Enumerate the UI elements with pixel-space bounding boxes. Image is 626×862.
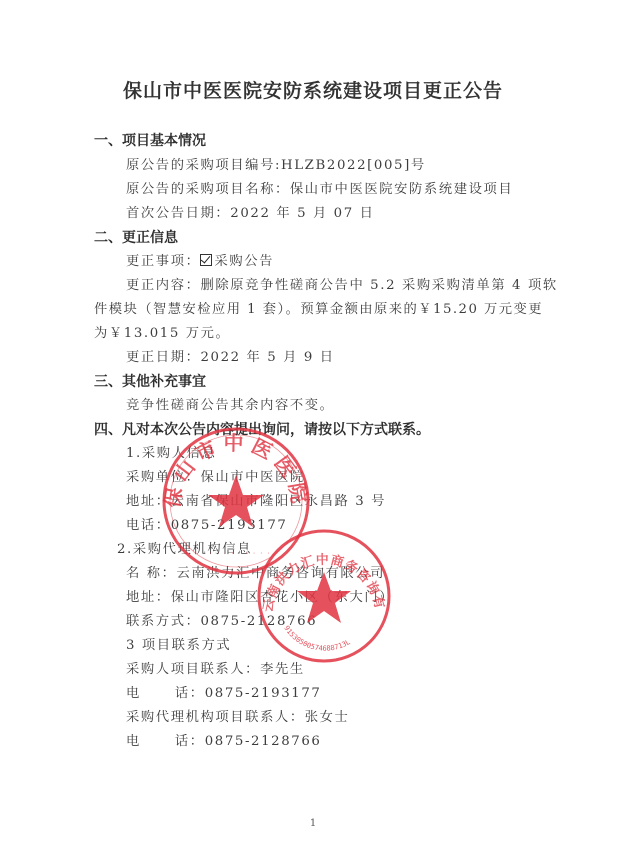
- section-heading-basic-info: 一、项目基本情况: [94, 132, 206, 150]
- purchaser-info-title: 1.采购人信息: [126, 445, 216, 463]
- page-number: 1: [0, 818, 626, 829]
- agency-contact: 联系方式：0875-2128766: [126, 613, 317, 631]
- phone-value: 话：0875-2128766: [175, 734, 322, 749]
- agency-address: 地址：保山市隆阳区杏花小区（东大门）: [126, 589, 394, 607]
- correction-date: 更正日期：2022 年 5 月 9 日: [126, 349, 335, 367]
- project-name: 原公告的采购项目名称：保山市中医医院安防系统建设项目: [126, 181, 513, 199]
- checked-box-icon: [200, 254, 212, 266]
- correction-item-label: 更正事项：: [126, 254, 200, 269]
- purchaser-contact-person: 采购人项目联系人：李先生: [126, 661, 305, 679]
- correction-content-line-3: 为￥13.015 万元。: [94, 325, 230, 343]
- section-heading-correction: 二、更正信息: [94, 229, 178, 247]
- document-title: 保山市中医医院安防系统建设项目更正公告: [0, 76, 626, 103]
- purchaser-unit: 采购单位：保山市中医医院: [126, 469, 305, 487]
- purchaser-address: 地址：云南省保山市隆阳区永昌路 3 号: [126, 493, 386, 511]
- agency-contact-phone: 电话：0875-2128766: [126, 733, 321, 751]
- correction-item-value: 采购公告: [214, 254, 274, 269]
- correction-content-line-2: 件模块（智慧安检应用 1 套）。预算金额由原来的￥15.20 万元变更: [94, 301, 543, 319]
- agency-contact-person: 采购代理机构项目联系人：张女士: [126, 709, 349, 727]
- purchaser-phone: 电话：0875-2193177: [126, 517, 287, 535]
- phone-label: 电: [126, 734, 141, 749]
- section-heading-contact: 四、凡对本次公告内容提出询问，请按以下方式联系。: [94, 421, 430, 439]
- purchaser-contact-phone: 电话：0875-2193177: [126, 685, 321, 703]
- phone-label: 电: [126, 686, 141, 701]
- correction-content-line-1: 更正内容：删除原竞争性磋商公告中 5.2 采购采购清单第 4 项软: [126, 277, 558, 295]
- project-contacts-title: 3 项目联系方式: [126, 637, 231, 655]
- first-announcement-date: 首次公告日期：2022 年 5 月 07 日: [126, 205, 375, 223]
- agency-info-title: 2.采购代理机构信息: [117, 541, 252, 559]
- agency-name: 名 称：云南洪力汇中商务咨询有限公司: [126, 565, 385, 583]
- correction-item: 更正事项：采购公告: [126, 253, 274, 271]
- phone-value: 话：0875-2193177: [175, 686, 322, 701]
- section-heading-other: 三、其他补充事宜: [94, 373, 206, 391]
- other-note: 竞争性磋商公告其余内容不变。: [126, 397, 335, 415]
- project-number: 原公告的采购项目编号:HLZB2022[005]号: [126, 157, 426, 175]
- document-page: 保山市中医医院安防系统建设项目更正公告 一、项目基本情况 原公告的采购项目编号:…: [0, 0, 626, 862]
